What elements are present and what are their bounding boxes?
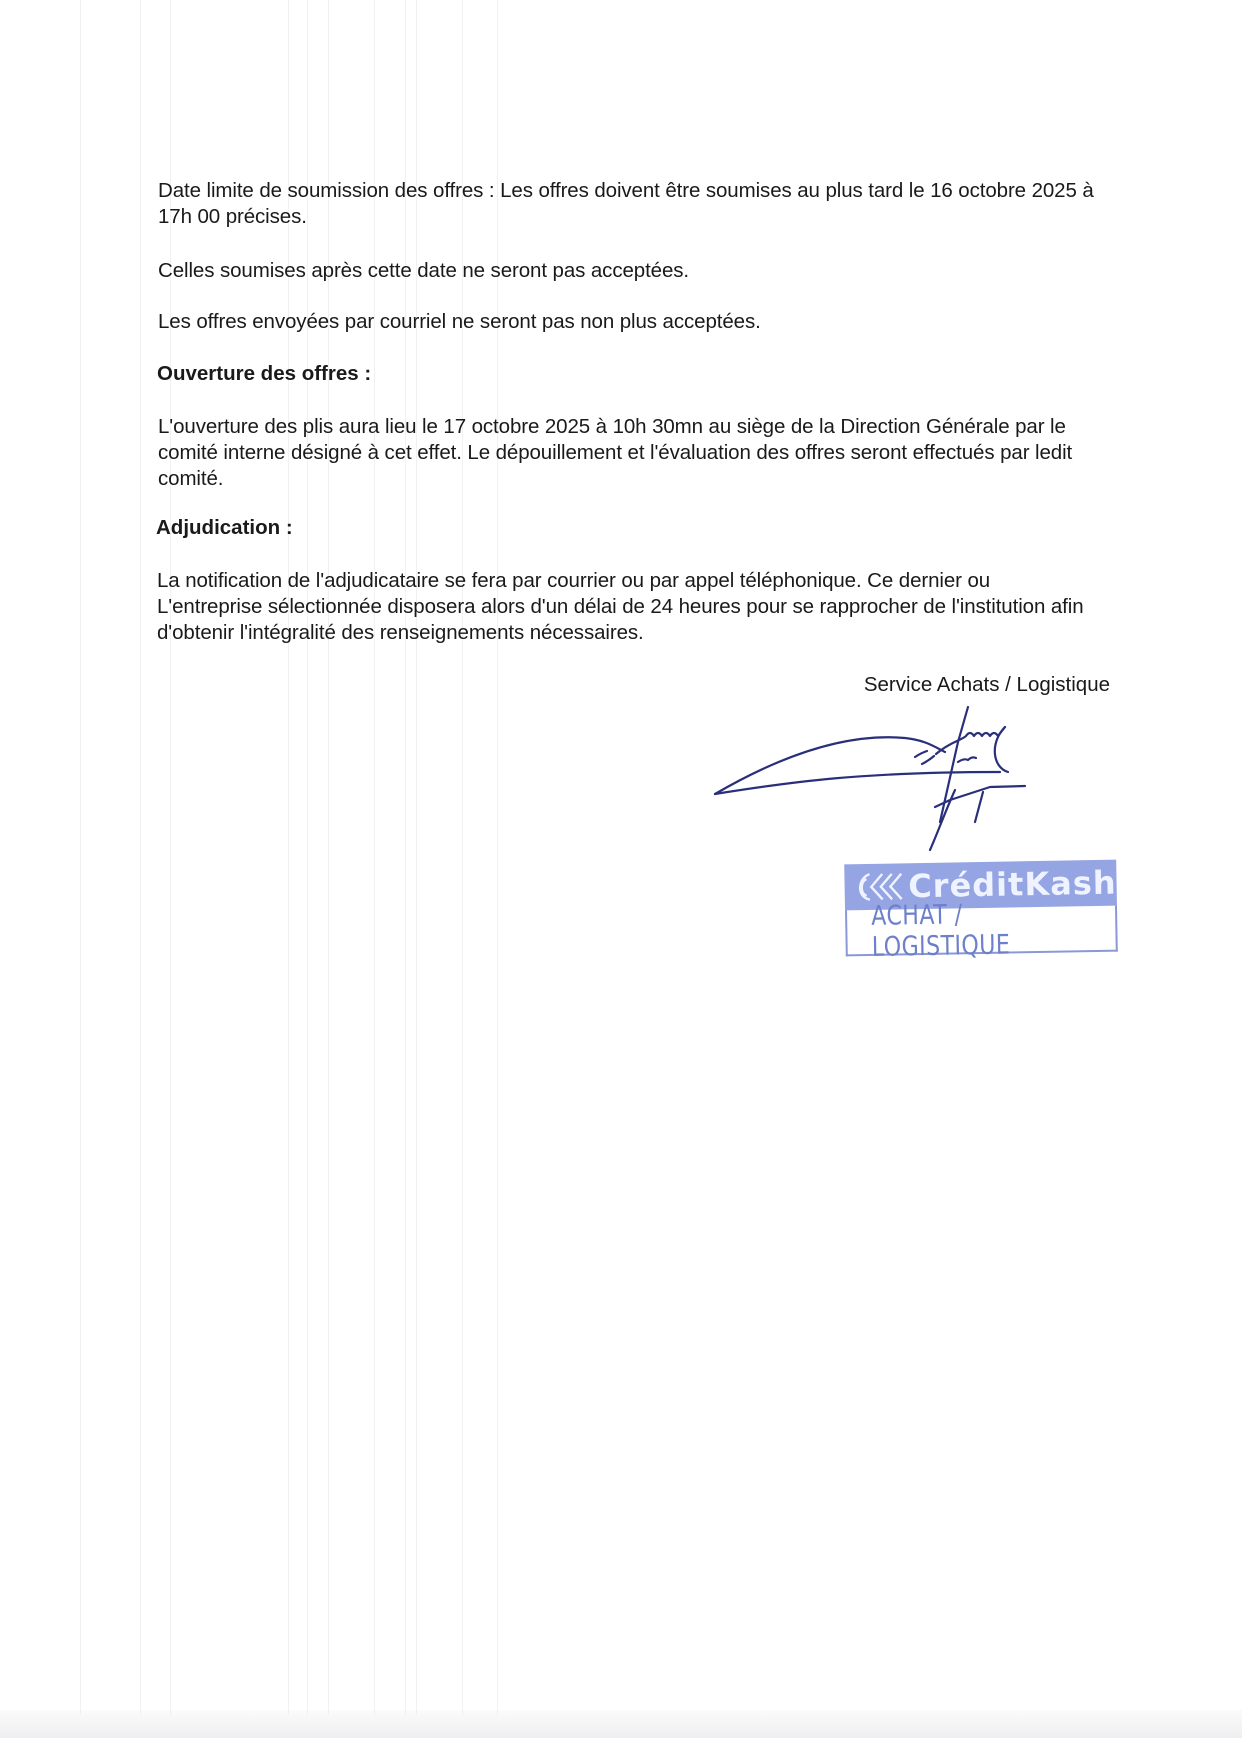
late-submission-paragraph: Celles soumises après cette date ne sero… <box>158 258 689 284</box>
handwritten-signature-icon <box>700 702 1040 862</box>
adjudication-heading: Adjudication : <box>156 515 293 541</box>
opening-paragraph: L'ouverture des plis aura lieu le 17 oct… <box>158 414 1098 492</box>
opening-heading: Ouverture des offres : <box>157 361 371 387</box>
adjudication-paragraph: La notification de l'adjudicataire se fe… <box>157 568 1098 646</box>
deadline-paragraph: Date limite de soumission des offres : L… <box>158 178 1098 230</box>
company-stamp: CréditKash ACHAT / LOGISTIQUE <box>844 860 1118 957</box>
signature-block: Service Achats / Logistique CréditKash A… <box>700 672 1120 972</box>
email-submission-paragraph: Les offres envoyées par courriel ne sero… <box>158 309 761 335</box>
stamp-department-text: ACHAT / LOGISTIQUE <box>871 897 1092 963</box>
service-label: Service Achats / Logistique <box>864 672 1110 698</box>
stamp-department-box: ACHAT / LOGISTIQUE <box>845 906 1118 957</box>
